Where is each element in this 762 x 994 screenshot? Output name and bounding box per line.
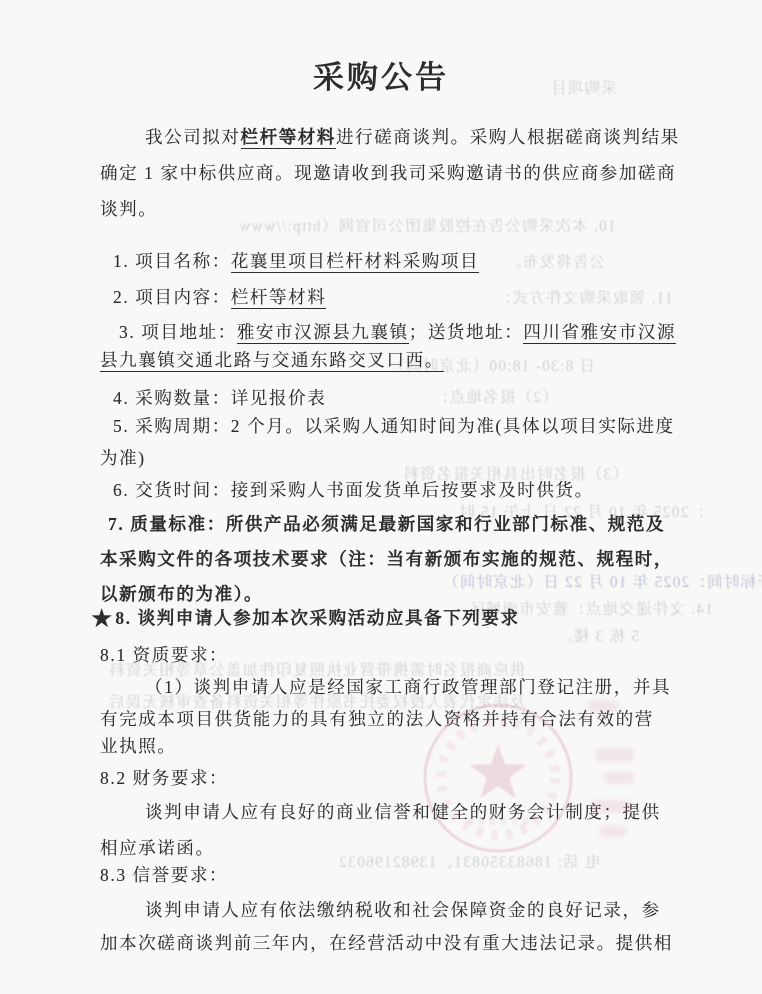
star-icon: ★	[90, 604, 113, 633]
text-line: 8.3 信誉要求：	[100, 862, 228, 887]
red-company-seal-stamp	[413, 690, 583, 866]
ghost-bleed-text: 11. 领取采购文件方式：	[495, 286, 673, 308]
text-segment: 3. 项目地址：	[119, 322, 237, 342]
text-segment: 8.2 财务要求：	[100, 768, 228, 788]
text-segment: 县九襄镇交通北路与交通东路交叉口西。	[100, 350, 444, 372]
text-line: 以新颁布的为准）。	[100, 581, 263, 606]
text-segment: 4. 采购数量：详见报价表	[113, 388, 326, 408]
stamp-bleed-smudge	[592, 800, 632, 813]
text-segment: 本采购文件的各项技术要求（注：当有新颁布实施的规范、规程时，	[100, 549, 673, 569]
text-segment: 2. 项目内容：	[113, 287, 231, 307]
text-line: 8.2 财务要求：	[100, 765, 228, 790]
text-segment: 谈判申请人应有良好的商业信誉和健全的财务会计制度；提供	[145, 802, 661, 822]
text-line: 业执照。	[100, 733, 176, 758]
text-line: 1. 项目名称：花襄里项目栏杆材料采购项目	[113, 248, 479, 273]
ghost-bleed-text: （2）报名地点：	[432, 385, 558, 407]
text-segment: 四川省雅安市汉源	[523, 322, 676, 344]
text-segment: 8. 谈判申请人参加本次采购活动应具备下列要求	[115, 608, 519, 628]
text-line: 我公司拟对栏杆等材料进行磋商谈判。采购人根据磋商谈判结果	[145, 124, 680, 149]
text-segment: 加本次磋商谈判前三年内，在经营活动中没有重大违法记录。提供相	[100, 933, 673, 953]
text-line: 8.1 资质要求：	[100, 642, 228, 667]
text-segment: ；送货地址：	[409, 322, 524, 342]
text-segment: 栏杆等材料	[231, 287, 327, 309]
text-line: 4. 采购数量：详见报价表	[113, 385, 326, 410]
stamp-bleed-smudge	[596, 748, 634, 762]
text-line: 谈判申请人应有依法缴纳税收和社会保障资金的良好记录，参	[145, 897, 661, 922]
text-segment: 8.3 信誉要求：	[100, 865, 228, 885]
text-segment: 雅安市汉源县九襄镇	[237, 322, 409, 344]
text-segment: 业执照。	[100, 736, 176, 756]
text-segment: 栏杆等材料	[241, 127, 337, 149]
text-line: 2. 项目内容：栏杆等材料	[113, 284, 326, 309]
text-line: （1）谈判申请人应是经国家工商行政管理部门登记注册，并具	[145, 674, 671, 699]
ghost-bleed-text: 公告将发布。	[505, 250, 605, 272]
text-line: 本采购文件的各项技术要求（注：当有新颁布实施的规范、规程时，	[100, 546, 673, 571]
text-segment: 确定 1 家中标供应商。现邀请收到我司采购邀请书的供应商参加磋商	[100, 163, 676, 183]
text-segment: 进行磋商谈判。采购人根据磋商谈判结果	[336, 127, 680, 147]
text-segment: 8.1 资质要求：	[100, 645, 228, 665]
text-line: 谈判。	[100, 196, 157, 221]
text-line: 为准)	[100, 445, 146, 470]
ghost-bleed-text: 10. 本次采购公告在控股集团公司官网（http://www	[238, 214, 616, 236]
ghost-bleed-text: 13. 开标时间：2025 年 10 月 22 日（北京时间）	[442, 570, 762, 592]
text-line: 6. 交货时间：接到采购人书面发货单后按要求及时供货。	[113, 477, 594, 502]
text-line: 7. 质量标准：所供产品必须满足最新国家和行业部门标准、规范及	[108, 511, 665, 536]
text-line: 确定 1 家中标供应商。现邀请收到我司采购邀请书的供应商参加磋商	[100, 160, 676, 185]
text-segment: 相应承诺函。	[100, 838, 215, 858]
text-line: 相应承诺函。	[100, 835, 215, 860]
text-segment: 为准)	[100, 448, 146, 468]
stamp-bleed-smudge	[604, 772, 634, 784]
ghost-bleed-text: 5 栋 3 楼。	[556, 624, 639, 646]
text-segment: 以新颁布的为准）。	[100, 584, 263, 604]
text-segment: 6. 交货时间：接到采购人书面发货单后按要求及时供货。	[113, 480, 594, 500]
text-line: 3. 项目地址：雅安市汉源县九襄镇；送货地址：四川省雅安市汉源	[119, 319, 676, 344]
stamp-bleed-smudge	[600, 826, 626, 837]
text-segment: 花襄里项目栏杆材料采购项目	[231, 251, 479, 273]
text-segment: （1）谈判申请人应是经国家工商行政管理部门登记注册，并具	[145, 677, 671, 697]
ghost-bleed-text: 采购项目	[550, 76, 617, 98]
text-line: ★8. 谈判申请人参加本次采购活动应具备下列要求	[90, 604, 520, 634]
text-segment: 1. 项目名称：	[113, 251, 231, 271]
text-line: 加本次磋商谈判前三年内，在经营活动中没有重大违法记录。提供相	[100, 930, 673, 955]
document-title: 采购公告	[0, 52, 762, 97]
scanned-document-page: 采购公告 采购项目10. 本次采购公告在控股集团公司官网（http://www公…	[0, 0, 762, 994]
text-segment: 谈判。	[100, 199, 157, 219]
seal-star-icon	[470, 744, 527, 798]
text-line: 县九襄镇交通北路与交通东路交叉口西。	[100, 347, 444, 372]
text-line: 5. 采购周期：2 个月。以采购人通知时间为准(具体以项目实际进度	[113, 413, 675, 438]
stamp-bleed-smudge	[588, 700, 618, 712]
text-segment: 谈判申请人应有依法缴纳税收和社会保障资金的良好记录，参	[145, 900, 661, 920]
text-line: 谈判申请人应有良好的商业信誉和健全的财务会计制度；提供	[145, 799, 661, 824]
text-segment: 我公司拟对	[145, 127, 241, 147]
text-segment: 5. 采购周期：2 个月。以采购人通知时间为准(具体以项目实际进度	[113, 416, 675, 436]
text-segment: 7. 质量标准：所供产品必须满足最新国家和行业部门标准、规范及	[108, 514, 665, 534]
